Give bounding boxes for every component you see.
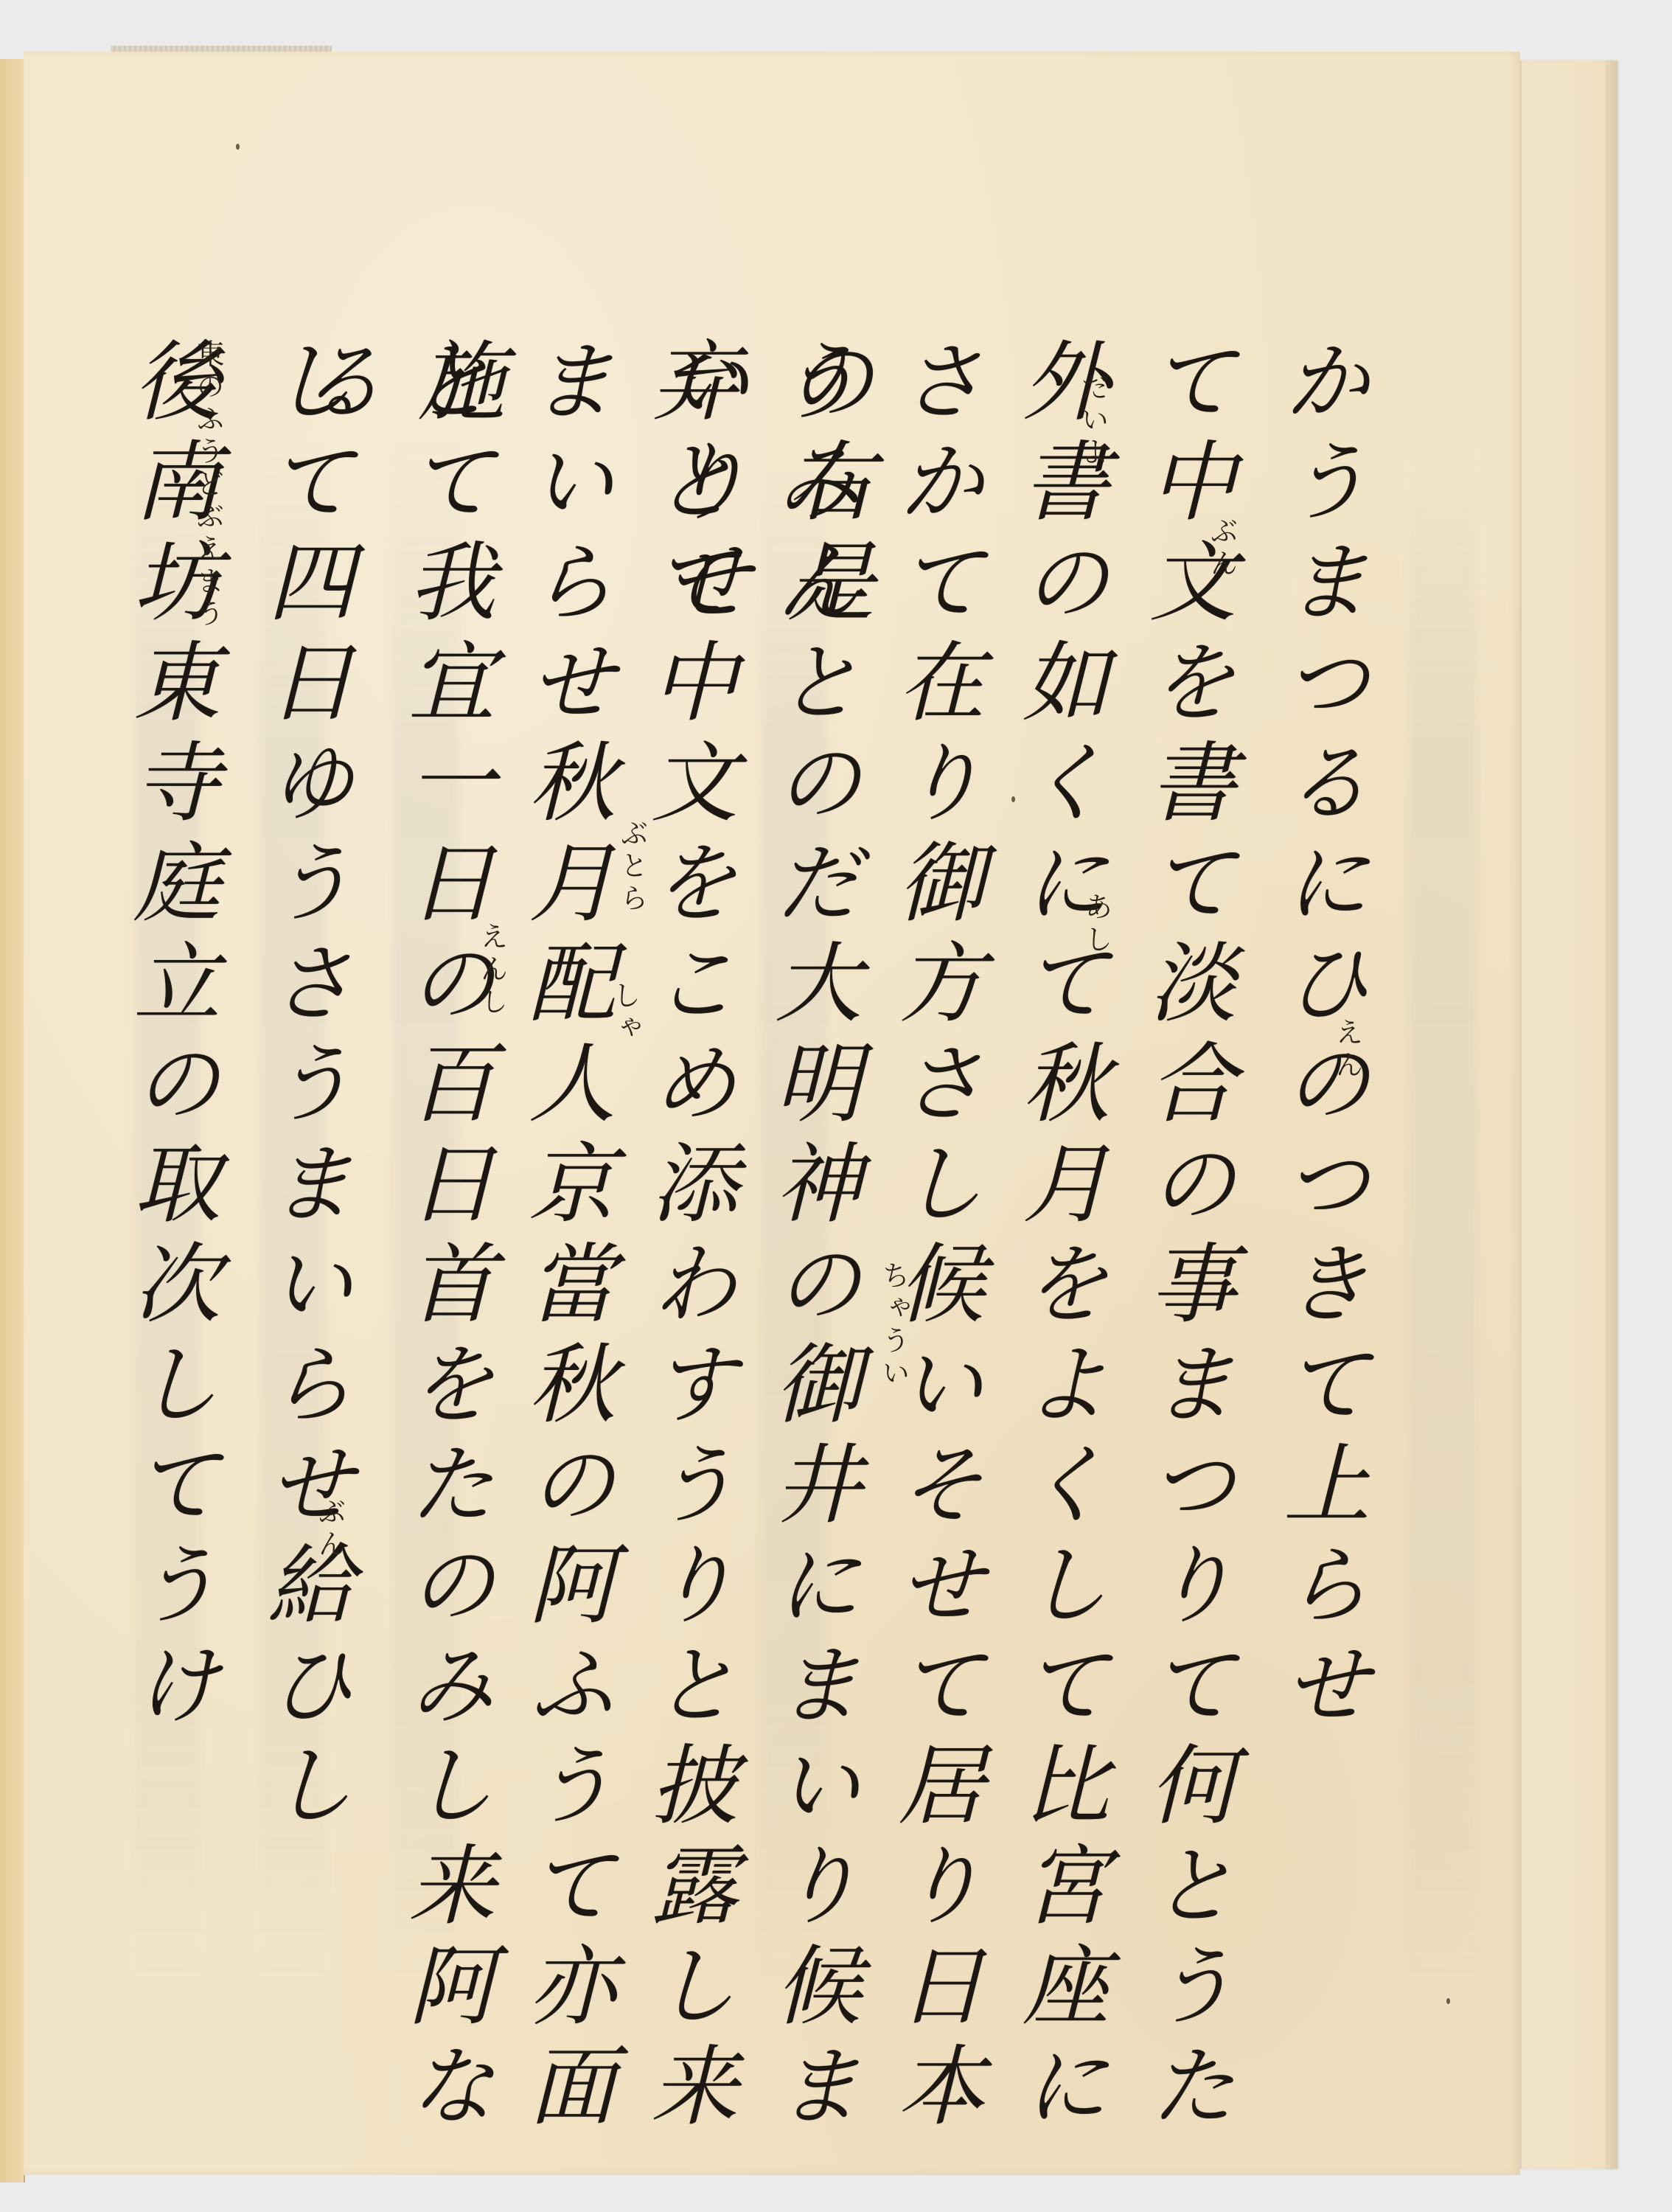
furigana-gloss: だいよ (1073, 372, 1113, 470)
text-column-7: まいらせ秋月配人京當秋の阿ふうて亦面施 (509, 335, 620, 2212)
text-column-5: うみんとのだ大明神の御井にまいり候まいりせ (756, 335, 866, 2212)
furigana-gloss: あし (1076, 892, 1117, 957)
furigana-gloss: ちゃうい (874, 1261, 914, 1391)
furigana-gloss: ぶん (1202, 516, 1242, 581)
furigana-gloss: しゃ (605, 981, 645, 1046)
page-stack-edge (1520, 60, 1617, 2169)
text-column-2: て中文を書て淡合の事まつりて何とうた (1130, 335, 1241, 2140)
ink-bleed-through (1410, 435, 1476, 1983)
text-column-3: 外書の如くにて秋月をよくして比宮座に (1003, 335, 1114, 2140)
paper-speck (236, 144, 240, 150)
facing-page-edge (0, 59, 25, 2183)
furigana-gloss: ぶん (310, 1497, 350, 1562)
paper-speck (1446, 1998, 1450, 2004)
text-column-8: とて我宜一日の百日首をたのみし来阿なる (389, 335, 500, 2212)
text-column-6: 弃とて中文をこめ添わすうりと披露し来 (632, 335, 742, 2140)
text-column-9: して四日ゆうさうまいらせ給ひし (248, 335, 359, 1840)
furigana-gloss: えんし (472, 922, 512, 1019)
furigana-gloss: えん (1327, 1018, 1368, 1082)
furigana-gloss: ぶとら (612, 818, 652, 916)
furigana-gloss: 東のふうどぶえまう (188, 339, 229, 631)
